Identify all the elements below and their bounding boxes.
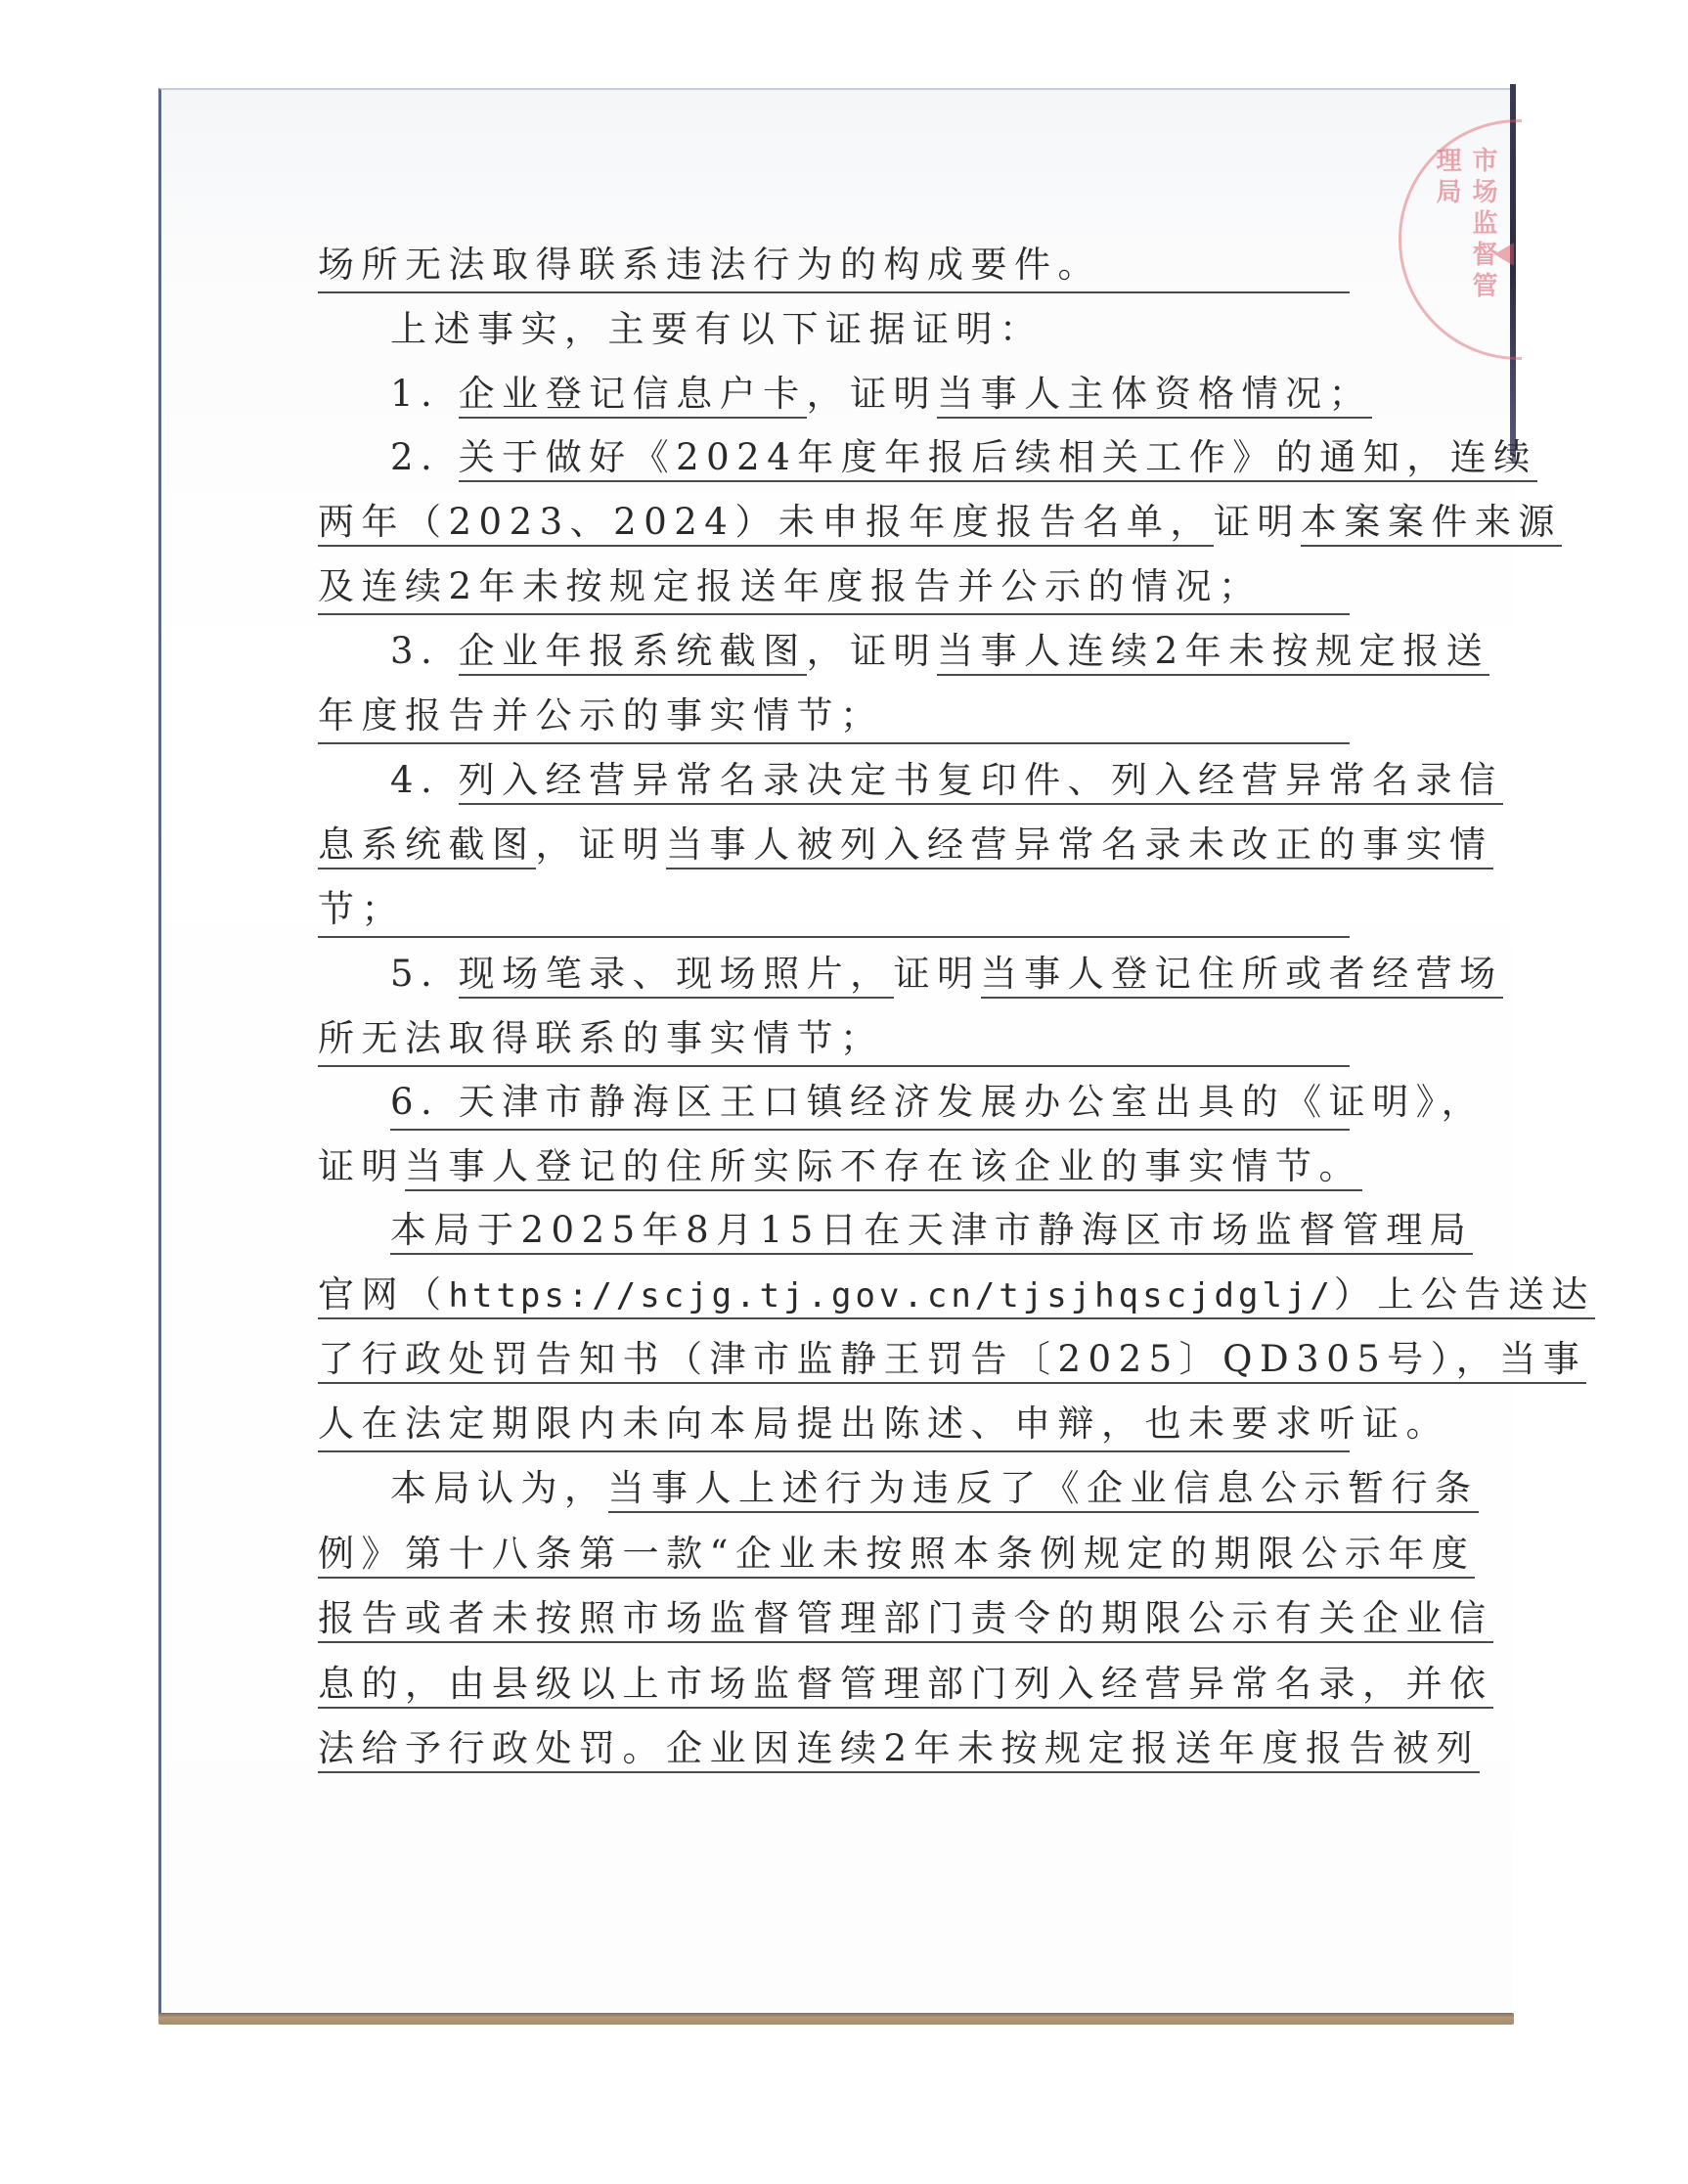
underline-rule: [318, 936, 1350, 938]
underlined-text: 本案案件来源: [1301, 501, 1562, 547]
plain-text: 证明: [894, 953, 981, 995]
text-line: 了行政处罚告知书（津市监静王罚告〔2025〕QD305号），当事: [318, 1335, 1350, 1394]
underlined-text: 两年（2023、2024）未申报年度报告名单，: [318, 501, 1214, 547]
text-line: 本局于2025年8月15日在天津市静海区市场监督管理局: [318, 1206, 1350, 1265]
underline-rule: [318, 1450, 1350, 1452]
underlined-text: 官网（: [318, 1273, 449, 1319]
text-line: 本局认为，当事人上述行为违反了《企业信息公示暂行条: [318, 1464, 1350, 1523]
text-line: 法给予行政处罚。企业因连续2年未按规定报送年度报告被列: [318, 1724, 1350, 1783]
underlined-text: 息系统截图: [318, 824, 536, 869]
underlined-text: 例》第十八条第一款“企业未按照本条例规定的期限公示年度: [318, 1533, 1475, 1579]
text-line: 2. 关于做好《2024年度年报后续相关工作》的通知，连续: [318, 433, 1350, 492]
underlined-text: 本局于2025年8月15日在天津市静海区市场监督管理局: [390, 1209, 1473, 1255]
plain-text: ，证明: [536, 824, 667, 866]
plain-text: ，证明: [807, 373, 938, 415]
plain-text: 4.: [390, 759, 459, 801]
underline-rule: [318, 1065, 1350, 1067]
underlined-text: 所无法取得联系的事实情节；: [318, 1017, 884, 1059]
underlined-text: 人在法定期限内未向本局提出陈述、申辩，也未要求听证。: [318, 1403, 1449, 1445]
underlined-text: 当事人上述行为违反了《企业信息公示暂行条: [608, 1467, 1479, 1513]
underlined-text: 年度报告并公示的事实情节；: [318, 694, 884, 736]
text-line: 上述事实，主要有以下证据证明：: [318, 305, 1350, 364]
underlined-text: 法给予行政处罚。企业因连续2年未按规定报送年度报告被列: [318, 1727, 1480, 1773]
plain-text: 6.: [390, 1081, 459, 1123]
plain-text: 5.: [390, 953, 459, 995]
underlined-text: 企业年报系统截图: [459, 630, 807, 676]
plain-text: 2.: [390, 436, 459, 478]
underlined-text: 现场笔录、现场照片，: [459, 953, 894, 999]
text-line: 人在法定期限内未向本局提出陈述、申辩，也未要求听证。: [318, 1400, 1350, 1458]
underline-rule: [318, 613, 1350, 615]
text-line: 证明当事人登记的住所实际不存在该企业的事实情节。: [318, 1142, 1350, 1201]
underlined-text: 当事人主体资格情况；: [937, 373, 1372, 419]
text-line: 及连续2年未按规定报送年度报告并公示的情况；: [318, 562, 1350, 621]
plain-text: ，证明: [807, 630, 938, 672]
plain-text: 证明: [1214, 501, 1301, 543]
text-line: 节；: [318, 885, 1350, 944]
plain-text: 3.: [390, 630, 459, 672]
underlined-text: 节；: [318, 888, 405, 930]
text-line: 息系统截图，证明当事人被列入经营异常名录未改正的事实情: [318, 821, 1350, 879]
underlined-text: https://scjg.tj.gov.cn/tjsjhqscjdglj/: [449, 1276, 1334, 1319]
text-line: 3. 企业年报系统截图，证明当事人连续2年未按规定报送: [318, 627, 1350, 686]
text-line: 年度报告并公示的事实情节；: [318, 691, 1350, 750]
underlined-text: 当事人登记的住所实际不存在该企业的事实情节。: [405, 1145, 1362, 1191]
underlined-text: 报告或者未按照市场监督管理部门责令的期限公示有关企业信: [318, 1597, 1493, 1643]
underlined-text: 关于做好《2024年度年报后续相关工作》的通知，连续: [459, 436, 1537, 482]
underlined-text: 当事人登记住所或者经营场: [981, 953, 1503, 999]
underlined-text: 及连续2年未按规定报送年度报告并公示的情况；: [318, 565, 1263, 607]
underlined-text: 当事人连续2年未按规定报送: [937, 630, 1489, 676]
underlined-text: ）上公告送达: [1334, 1273, 1595, 1319]
text-line: 5. 现场笔录、现场照片，证明当事人登记住所或者经营场: [318, 950, 1350, 1008]
underline-rule: [318, 742, 1350, 744]
text-line: 所无法取得联系的事实情节；: [318, 1014, 1350, 1073]
text-line: 报告或者未按照市场监督管理部门责令的期限公示有关企业信: [318, 1594, 1350, 1653]
page-bottom-edge: [158, 2013, 1514, 2025]
text-line: 官网（https://scjg.tj.gov.cn/tjsjhqscjdglj/…: [318, 1270, 1350, 1329]
underlined-text: 列入经营异常名录决定书复印件、列入经营异常名录信: [459, 759, 1503, 805]
text-line: 1. 企业登记信息户卡，证明当事人主体资格情况；: [318, 370, 1350, 428]
underline-rule: [318, 291, 1350, 293]
text-line: 两年（2023、2024）未申报年度报告名单，证明本案案件来源: [318, 498, 1350, 557]
plain-text: 证明: [318, 1145, 405, 1187]
text-line: 息的，由县级以上市场监督管理部门列入经营异常名录，并依: [318, 1660, 1350, 1718]
underlined-text: 场所无法取得联系违法行为的构成要件。: [318, 244, 1101, 286]
text-line: 场所无法取得联系违法行为的构成要件。: [318, 241, 1350, 299]
text-line: 例》第十八条第一款“企业未按照本条例规定的期限公示年度: [318, 1530, 1350, 1588]
underline-rule: [390, 1129, 1350, 1131]
plain-text: 上述事实，主要有以下证据证明：: [390, 308, 1044, 350]
underlined-text: 企业登记信息户卡: [459, 373, 807, 419]
text-line: 4. 列入经营异常名录决定书复印件、列入经营异常名录信: [318, 756, 1350, 815]
underlined-text: 天津市静海区王口镇经济发展办公室出具的《证明》，: [459, 1081, 1486, 1123]
plain-text: 本局认为，: [390, 1467, 608, 1509]
underlined-text: 当事人被列入经营异常名录未改正的事实情: [666, 824, 1493, 869]
seal-star-icon: [1494, 243, 1514, 266]
plain-text: 1.: [390, 373, 459, 415]
text-line: 6. 天津市静海区王口镇经济发展办公室出具的《证明》，: [318, 1078, 1350, 1137]
underlined-text: 息的，由县级以上市场监督管理部门列入经营异常名录，并依: [318, 1663, 1493, 1709]
underlined-text: 了行政处罚告知书（津市监静王罚告〔2025〕QD305号），当事: [318, 1338, 1586, 1384]
official-seal-text: 市场监督管理局: [1423, 147, 1501, 333]
